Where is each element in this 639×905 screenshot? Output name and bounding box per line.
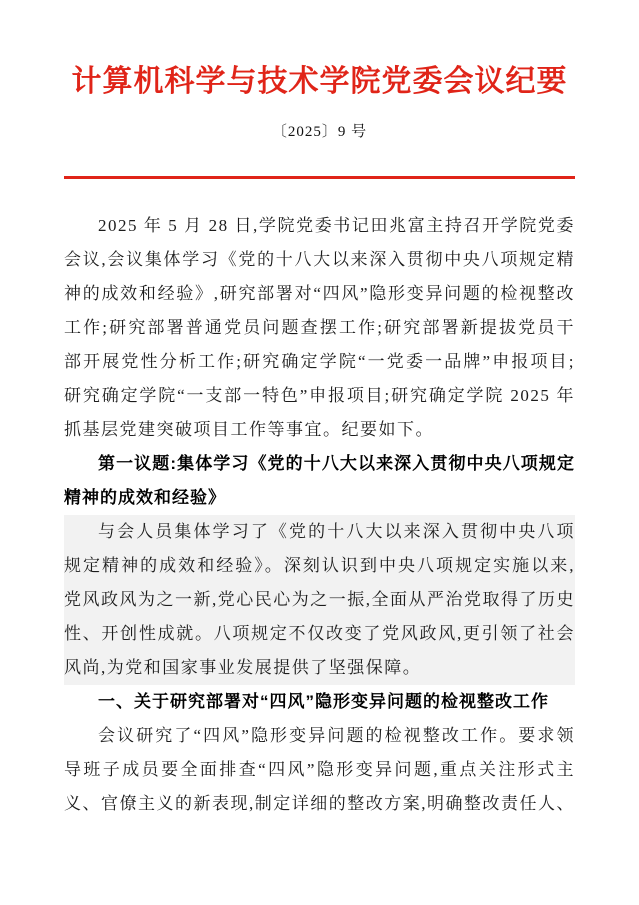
heading-section-one: 一、关于研究部署对“四风”隐形变异问题的检视整改工作 — [64, 685, 575, 719]
document-title: 计算机科学与技术学院党委会议纪要 — [64, 62, 575, 102]
heading-first-topic: 第一议题:集体学习《党的十八大以来深入贯彻中央八项规定精神的成效和经验》 — [64, 447, 575, 515]
document-body: 2025 年 5 月 28 日,学院党委书记田兆富主持召开学院党委会议,会议集体… — [64, 209, 575, 821]
paragraph-rectification-work: 会议研究了“四风”隐形变异问题的检视整改工作。要求领导班子成员要全面排查“四风”… — [64, 719, 575, 821]
paragraph-collective-study-highlighted: 与会人员集体学习了《党的十八大以来深入贯彻中央八项规定精神的成效和经验》。深刻认… — [64, 515, 575, 685]
document-page: 计算机科学与技术学院党委会议纪要 〔2025〕9 号 2025 年 5 月 28… — [0, 0, 639, 905]
red-divider-line — [64, 176, 575, 179]
paragraph-meeting-intro: 2025 年 5 月 28 日,学院党委书记田兆富主持召开学院党委会议,会议集体… — [64, 209, 575, 447]
issue-number: 〔2025〕9 号 — [64, 120, 575, 144]
